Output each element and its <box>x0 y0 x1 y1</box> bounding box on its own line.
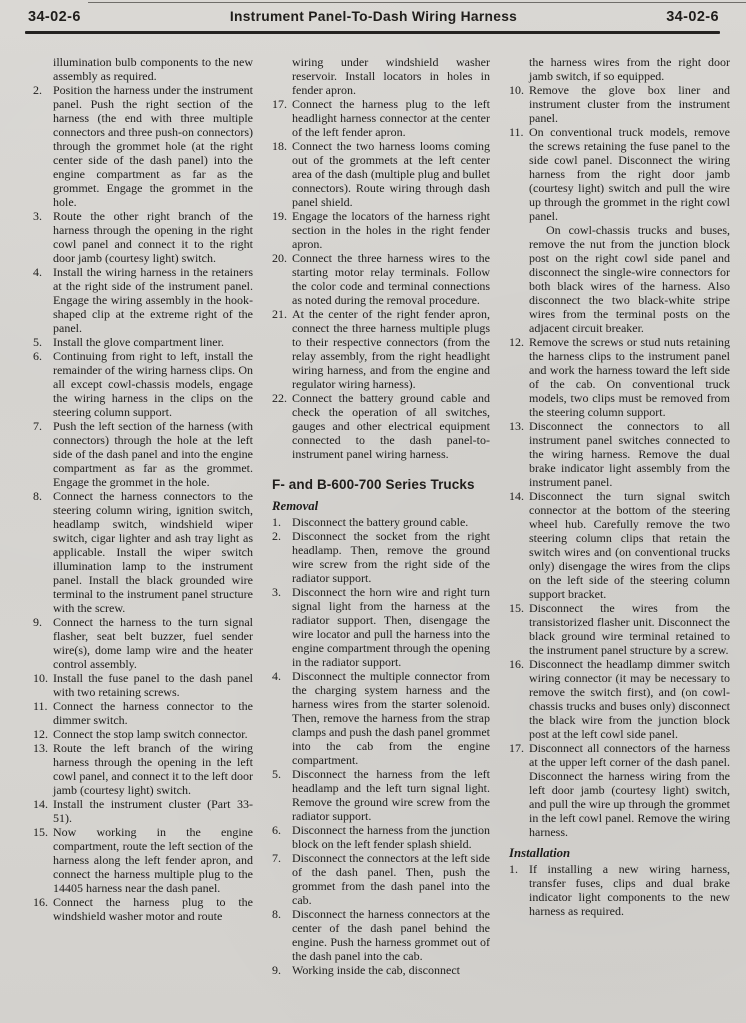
list-item: 3.Disconnect the horn wire and right tur… <box>272 585 490 669</box>
list-item-number: 8. <box>272 907 281 921</box>
list-item-text: Disconnect the connectors to all instrum… <box>529 419 730 489</box>
list-item-text: illumination bulb components to the new … <box>53 55 253 83</box>
list-item: 2.Position the harness under the instrum… <box>33 83 253 209</box>
list-item-number: 11. <box>33 699 48 713</box>
list-item: 9.Working inside the cab, disconnect <box>272 963 490 977</box>
list-item-text: Connect the battery ground cable and che… <box>292 391 490 461</box>
list-item-number: 13. <box>509 419 524 433</box>
list-item-number: 18. <box>272 139 287 153</box>
list-item-text: Disconnect the harness from the left hea… <box>292 767 490 823</box>
list-item-text: Disconnect the connectors at the left si… <box>292 851 490 907</box>
list-item-number: 9. <box>272 963 281 977</box>
list-item-number: 19. <box>272 209 287 223</box>
list-item-number: 14. <box>33 797 48 811</box>
list-item-text: Disconnect the multiple connector from t… <box>292 669 490 767</box>
list-item: 18.Connect the two harness looms coming … <box>272 139 490 209</box>
list-item-text: Connect the harness to the turn signal f… <box>53 615 253 671</box>
list-item-text: Disconnect all connectors of the harness… <box>529 741 730 839</box>
page-top-rule <box>88 2 746 3</box>
list-item-number: 8. <box>33 489 42 503</box>
list-item-text: Route the left branch of the wiring harn… <box>53 741 253 797</box>
list-item: 5.Disconnect the harness from the left h… <box>272 767 490 823</box>
list-item: 1.If installing a new wiring harness, tr… <box>509 862 730 918</box>
list-item-number: 20. <box>272 251 287 265</box>
list-item-text: Working inside the cab, disconnect <box>292 963 460 977</box>
list-item-number: 7. <box>33 419 42 433</box>
list-item-continuation: illumination bulb components to the new … <box>33 55 253 83</box>
list-item-text: Disconnect the headlamp dimmer switch wi… <box>529 657 730 741</box>
list-item-number: 12. <box>33 727 48 741</box>
list-item-number: 6. <box>272 823 281 837</box>
text-column-1: illumination bulb components to the new … <box>33 55 253 977</box>
list-item: 10.Install the fuse panel to the dash pa… <box>33 671 253 699</box>
list-item: 14.Install the instrument cluster (Part … <box>33 797 253 825</box>
list-item-number: 13. <box>33 741 48 755</box>
list-item: 10.Remove the glove box liner and instru… <box>509 83 730 125</box>
list-item-text: Install the glove compartment liner. <box>53 335 224 349</box>
list-item: 16.Disconnect the headlamp dimmer switch… <box>509 657 730 741</box>
list-item-text: Disconnect the horn wire and right turn … <box>292 585 490 669</box>
subsection-heading: Removal <box>272 499 490 513</box>
list-item: 6.Continuing from right to left, install… <box>33 349 253 419</box>
list-item-number: 15. <box>33 825 48 839</box>
list-item-text: Disconnect the harness from the junction… <box>292 823 490 851</box>
list-item-number: 10. <box>509 83 524 97</box>
list-item: 3.Route the other right branch of the ha… <box>33 209 253 265</box>
list-item: 11.Connect the harness connector to the … <box>33 699 253 727</box>
list-item-number: 15. <box>509 601 524 615</box>
list-item-number: 17. <box>509 741 524 755</box>
list-item-text: If installing a new wiring harness, tran… <box>529 862 730 918</box>
list-item-number: 17. <box>272 97 287 111</box>
list-item-text: the harness wires from the right door ja… <box>529 55 730 83</box>
list-item: 15.Disconnect the wires from the transis… <box>509 601 730 657</box>
list-item-text: Connect the harness connectors to the st… <box>53 489 253 615</box>
subsection-heading: Installation <box>509 846 730 860</box>
page-number-left: 34-02-6 <box>28 9 118 25</box>
section-heading: F- and B-600-700 Series Trucks <box>272 478 490 492</box>
list-item-text: Position the harness under the instrumen… <box>53 83 253 209</box>
list-item-number: 11. <box>509 125 524 139</box>
list-item-number: 2. <box>33 83 42 97</box>
list-item-number: 16. <box>509 657 524 671</box>
list-item: 19.Engage the locators of the harness ri… <box>272 209 490 251</box>
list-item: 4.Install the wiring harness in the reta… <box>33 265 253 335</box>
list-item-number: 3. <box>33 209 42 223</box>
list-item-number: 1. <box>509 862 518 876</box>
list-item-text: Connect the harness plug to the left hea… <box>292 97 490 139</box>
manual-page: 34-02-6 Instrument Panel-To-Dash Wiring … <box>0 0 746 1023</box>
list-item: 22.Connect the battery ground cable and … <box>272 391 490 461</box>
list-item-text: Connect the three harness wires to the s… <box>292 251 490 307</box>
list-item-continuation: the harness wires from the right door ja… <box>509 55 730 83</box>
list-item: 16.Connect the harness plug to the winds… <box>33 895 253 923</box>
list-item-text: Disconnect the harness connectors at the… <box>292 907 490 963</box>
list-item-text: Disconnect the socket from the right hea… <box>292 529 490 585</box>
list-item-number: 10. <box>33 671 48 685</box>
list-item-text: Connect the harness connector to the dim… <box>53 699 253 727</box>
list-item-text: Install the fuse panel to the dash panel… <box>53 671 253 699</box>
list-item-text: Disconnect the turn signal switch connec… <box>529 489 730 601</box>
list-item-text: On conventional truck models, remove the… <box>529 125 730 223</box>
list-item: 17.Disconnect all connectors of the harn… <box>509 741 730 839</box>
list-item: 5.Install the glove compartment liner. <box>33 335 253 349</box>
list-item-number: 16. <box>33 895 48 909</box>
list-item: 13.Disconnect the connectors to all inst… <box>509 419 730 489</box>
list-item-text: Disconnect the wires from the transistor… <box>529 601 730 657</box>
list-item-text: Connect the stop lamp switch connector. <box>53 727 248 741</box>
list-item-text: Push the left section of the harness (wi… <box>53 419 253 489</box>
list-item-number: 7. <box>272 851 281 865</box>
page-header: 34-02-6 Instrument Panel-To-Dash Wiring … <box>28 9 719 25</box>
text-column-3: the harness wires from the right door ja… <box>509 55 730 977</box>
list-item-text: Now working in the engine compartment, r… <box>53 825 253 895</box>
list-item: 17.Connect the harness plug to the left … <box>272 97 490 139</box>
list-item-text: Engage the locators of the harness right… <box>292 209 490 251</box>
list-item-text: wiring under windshield washer reservoir… <box>292 55 490 97</box>
list-item: 15.Now working in the engine compartment… <box>33 825 253 895</box>
list-item-number: 9. <box>33 615 42 629</box>
list-item: 20.Connect the three harness wires to th… <box>272 251 490 307</box>
list-item: 13.Route the left branch of the wiring h… <box>33 741 253 797</box>
list-item: 2.Disconnect the socket from the right h… <box>272 529 490 585</box>
list-item-text: Remove the glove box liner and instrumen… <box>529 83 730 125</box>
list-item-text: Remove the screws or stud nuts retaining… <box>529 335 730 419</box>
list-item-number: 3. <box>272 585 281 599</box>
list-item-text: Disconnect the battery ground cable. <box>292 515 468 529</box>
list-item-number: 6. <box>33 349 42 363</box>
list-item: 4.Disconnect the multiple connector from… <box>272 669 490 767</box>
list-item-number: 14. <box>509 489 524 503</box>
list-item-number: 12. <box>509 335 524 349</box>
list-item-text: Connect the harness plug to the windshie… <box>53 895 253 923</box>
page-number-right: 34-02-6 <box>629 9 719 25</box>
list-item: 1.Disconnect the battery ground cable. <box>272 515 490 529</box>
list-item-continuation: wiring under windshield washer reservoir… <box>272 55 490 97</box>
list-item-number: 22. <box>272 391 287 405</box>
list-item: 14.Disconnect the turn signal switch con… <box>509 489 730 601</box>
list-item: 21.At the center of the right fender apr… <box>272 307 490 391</box>
list-item-text: On cowl-chassis trucks and buses, remove… <box>529 223 730 335</box>
list-item: 7.Disconnect the connectors at the left … <box>272 851 490 907</box>
list-item-number: 4. <box>33 265 42 279</box>
list-item: 9.Connect the harness to the turn signal… <box>33 615 253 671</box>
list-item-text: At the center of the right fender apron,… <box>292 307 490 391</box>
list-item: 12.Remove the screws or stud nuts retain… <box>509 335 730 419</box>
list-item-number: 4. <box>272 669 281 683</box>
list-item: 6.Disconnect the harness from the juncti… <box>272 823 490 851</box>
list-item: 11.On conventional truck models, remove … <box>509 125 730 223</box>
list-item: 7.Push the left section of the harness (… <box>33 419 253 489</box>
text-columns: illumination bulb components to the new … <box>33 55 730 977</box>
list-item: 8.Disconnect the harness connectors at t… <box>272 907 490 963</box>
list-item-number: 2. <box>272 529 281 543</box>
text-column-2: wiring under windshield washer reservoir… <box>272 55 490 977</box>
list-item-number: 1. <box>272 515 281 529</box>
list-item-text: Install the wiring harness in the retain… <box>53 265 253 335</box>
list-item-paragraph: On cowl-chassis trucks and buses, remove… <box>509 223 730 335</box>
list-item: 8.Connect the harness connectors to the … <box>33 489 253 615</box>
header-rule <box>25 31 720 34</box>
list-item: 12.Connect the stop lamp switch connecto… <box>33 727 253 741</box>
list-item-text: Continuing from right to left, install t… <box>53 349 253 419</box>
list-item-number: 5. <box>33 335 42 349</box>
list-item-number: 21. <box>272 307 287 321</box>
list-item-text: Connect the two harness looms coming out… <box>292 139 490 209</box>
list-item-number: 5. <box>272 767 281 781</box>
list-item-text: Route the other right branch of the harn… <box>53 209 253 265</box>
list-item-text: Install the instrument cluster (Part 33-… <box>53 797 253 825</box>
page-title: Instrument Panel-To-Dash Wiring Harness <box>118 9 629 24</box>
